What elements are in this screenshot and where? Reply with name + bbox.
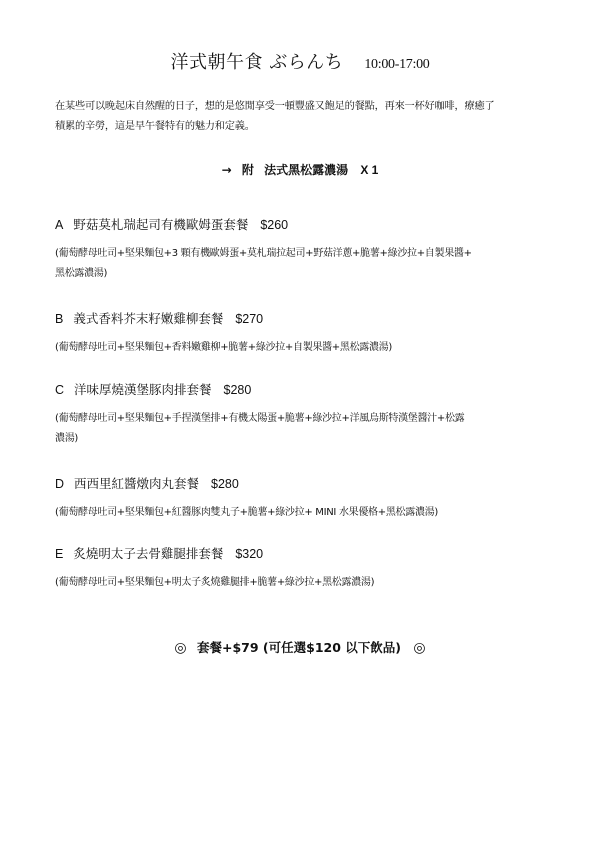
set-title: B 義式香料芥末籽嫩雞柳套餐 $270 <box>55 310 555 328</box>
menu-title: 洋式朝午食 ぶらんち <box>171 52 344 73</box>
set-title: A 野菇莫札瑞起司有機歐姆蛋套餐 $260 <box>55 216 555 234</box>
intro-line-1: 在某些可以晚起床自然醒的日子，想的是悠閒享受一頓豐盛又飽足的餐點，再來一杯好咖啡… <box>55 97 555 117</box>
drink-offer-text: 套餐+$79 (可任選$120 以下飲品) <box>197 640 401 655</box>
set-description-line: (葡萄酵母吐司+堅果麵包+手捏漢堡排+有機太陽蛋+脆薯+綠沙拉+洋風烏斯特漢堡醬… <box>55 409 555 429</box>
set-name: 炙燒明太子去骨雞腿排套餐 <box>73 546 223 561</box>
set-letter: E <box>55 547 63 561</box>
set-name: 西西里紅醬燉肉丸套餐 <box>74 476 199 491</box>
set-price: $320 <box>235 547 263 561</box>
set-name: 野菇莫札瑞起司有機歐姆蛋套餐 <box>73 217 248 232</box>
set-description: (葡萄酵母吐司+堅果麵包+3 顆有機歐姆蛋+莫札瑞拉起司+野菇洋蔥+脆薯+綠沙拉… <box>55 244 555 284</box>
set-description-line: 黑松露濃湯) <box>55 264 555 284</box>
set-description-line: (葡萄酵母吐司+堅果麵包+3 顆有機歐姆蛋+莫札瑞拉起司+野菇洋蔥+脆薯+綠沙拉… <box>55 244 555 264</box>
set-price: $260 <box>260 218 288 232</box>
set-menu-c: C 洋味厚燒漢堡豚肉排套餐 $280 (葡萄酵母吐司+堅果麵包+手捏漢堡排+有機… <box>55 381 555 449</box>
set-menu-d: D 西西里紅醬燉肉丸套餐 $280 (葡萄酵母吐司+堅果麵包+紅醬豚肉雙丸子+脆… <box>55 475 555 523</box>
soup-quantity: X 1 <box>360 163 378 177</box>
bullseye-icon: ◎ <box>174 640 186 656</box>
set-menu-a: A 野菇莫札瑞起司有機歐姆蛋套餐 $260 (葡萄酵母吐司+堅果麵包+3 顆有機… <box>55 216 555 284</box>
set-name: 義式香料芥末籽嫩雞柳套餐 <box>73 311 223 326</box>
set-description-line: (葡萄酵母吐司+堅果麵包+紅醬豚肉雙丸子+脆薯+綠沙拉+ MINI 水果優格+黑… <box>55 503 555 523</box>
set-letter: D <box>55 477 64 491</box>
set-description-line: 濃湯) <box>55 429 555 449</box>
set-letter: C <box>55 383 64 397</box>
set-description: (葡萄酵母吐司+堅果麵包+香料嫩雞柳+脆薯+綠沙拉+自製果醬+黑松露濃湯) <box>55 338 555 358</box>
set-title: D 西西里紅醬燉肉丸套餐 $280 <box>55 475 555 493</box>
set-description: (葡萄酵母吐司+堅果麵包+手捏漢堡排+有機太陽蛋+脆薯+綠沙拉+洋風烏斯特漢堡醬… <box>55 409 555 449</box>
soup-note: → 附 法式黑松露濃湯 X 1 <box>0 161 600 178</box>
set-description: (葡萄酵母吐司+堅果麵包+紅醬豚肉雙丸子+脆薯+綠沙拉+ MINI 水果優格+黑… <box>55 503 555 523</box>
bullseye-icon: ◎ <box>413 640 425 656</box>
set-letter: A <box>55 218 63 232</box>
set-price: $280 <box>211 477 239 491</box>
set-title: E 炙燒明太子去骨雞腿排套餐 $320 <box>55 545 555 563</box>
set-description-line: (葡萄酵母吐司+堅果麵包+香料嫩雞柳+脆薯+綠沙拉+自製果醬+黑松露濃湯) <box>55 338 555 358</box>
set-price: $270 <box>235 312 263 326</box>
menu-page: 洋式朝午食 ぶらんち 10:00-17:00 在某些可以晚起床自然醒的日子，想的… <box>0 0 600 850</box>
drink-offer: ◎ 套餐+$79 (可任選$120 以下飲品) ◎ <box>0 638 600 656</box>
set-letter: B <box>55 312 63 326</box>
set-price: $280 <box>224 383 252 397</box>
set-name: 洋味厚燒漢堡豚肉排套餐 <box>74 382 212 397</box>
set-menu-b: B 義式香料芥末籽嫩雞柳套餐 $270 (葡萄酵母吐司+堅果麵包+香料嫩雞柳+脆… <box>55 310 555 358</box>
set-title: C 洋味厚燒漢堡豚肉排套餐 $280 <box>55 381 555 399</box>
soup-prefix: 附 <box>242 163 254 177</box>
set-menu-e: E 炙燒明太子去骨雞腿排套餐 $320 (葡萄酵母吐司+堅果麵包+明太子炙燒雞腿… <box>55 545 555 593</box>
set-description: (葡萄酵母吐司+堅果麵包+明太子炙燒雞腿排+脆薯+綠沙拉+黑松露濃湯) <box>55 573 555 593</box>
intro-line-2: 積累的辛勞，這是早午餐特有的魅力和定義。 <box>55 117 555 137</box>
opening-hours: 10:00-17:00 <box>364 57 429 72</box>
set-description-line: (葡萄酵母吐司+堅果麵包+明太子炙燒雞腿排+脆薯+綠沙拉+黑松露濃湯) <box>55 573 555 593</box>
intro-paragraph: 在某些可以晚起床自然醒的日子，想的是悠閒享受一頓豐盛又飽足的餐點，再來一杯好咖啡… <box>55 97 555 137</box>
arrow-right-icon: → <box>222 163 232 177</box>
menu-header: 洋式朝午食 ぶらんち 10:00-17:00 <box>0 48 600 74</box>
soup-item: 法式黑松露濃湯 <box>264 163 348 177</box>
